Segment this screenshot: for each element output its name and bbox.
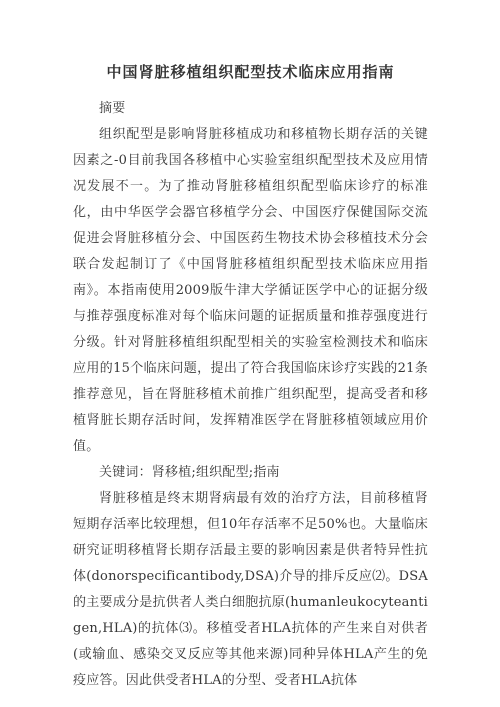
keywords-line: 关键词：肾移植;组织配型;指南 bbox=[73, 460, 428, 486]
abstract-paragraph: 组织配型是影响肾脏移植成功和移植物长期存活的关键因素之-0目前我国各移植中心实验… bbox=[73, 122, 428, 460]
abstract-label: 摘要 bbox=[73, 96, 428, 122]
body-paragraph: 肾脏移植是终末期肾病最有效的治疗方法，目前移植肾短期存活率比较理想，但10年存活… bbox=[73, 486, 428, 694]
page-title: 中国肾脏移植组织配型技术临床应用指南 bbox=[73, 60, 428, 84]
document-page: 中国肾脏移植组织配型技术临床应用指南 摘要 组织配型是影响肾脏移植成功和移植物长… bbox=[0, 0, 500, 707]
